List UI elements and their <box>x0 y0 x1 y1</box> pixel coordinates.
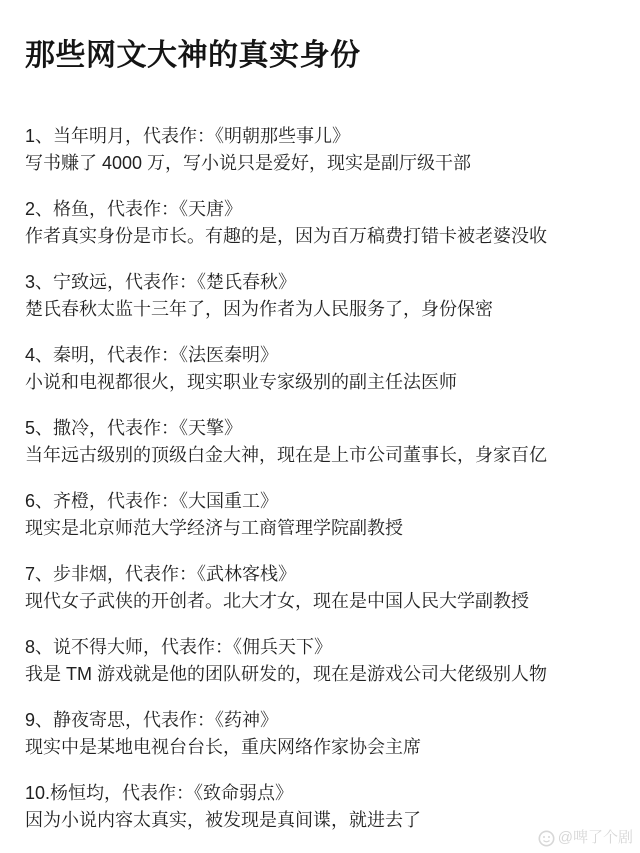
list-item: 1、当年明月，代表作：《明朝那些事儿》写书赚了 4000 万，写小说只是爱好，现… <box>25 123 618 177</box>
watermark: @啤了个剧 <box>538 829 633 847</box>
item-heading: 7、步非烟，代表作：《武林客栈》 <box>25 561 618 588</box>
item-description: 写书赚了 4000 万，写小说只是爱好，现实是副厅级干部 <box>25 150 618 177</box>
item-heading: 8、说不得大师，代表作：《佣兵天下》 <box>25 634 618 661</box>
list-item: 4、秦明，代表作：《法医秦明》小说和电视都很火，现实职业专家级别的副主任法医师 <box>25 342 618 396</box>
item-description: 我是 TM 游戏就是他的团队研发的，现在是游戏公司大佬级别人物 <box>25 661 618 688</box>
item-description: 因为小说内容太真实，被发现是真间谍，就进去了 <box>25 807 618 834</box>
post-image: 那些网文大神的真实身份 1、当年明月，代表作：《明朝那些事儿》写书赚了 4000… <box>0 0 640 853</box>
item-heading: 9、静夜寄思，代表作：《药神》 <box>25 707 618 734</box>
list-item: 2、格鱼，代表作：《天唐》作者真实身份是市长。有趣的是，因为百万稿费打错卡被老婆… <box>25 196 618 250</box>
item-heading: 1、当年明月，代表作：《明朝那些事儿》 <box>25 123 618 150</box>
item-description: 现实中是某地电视台台长，重庆网络作家协会主席 <box>25 734 618 761</box>
item-heading: 6、齐橙，代表作：《大国重工》 <box>25 488 618 515</box>
item-heading: 10.杨恒均，代表作：《致命弱点》 <box>25 780 618 807</box>
item-description: 小说和电视都很火，现实职业专家级别的副主任法医师 <box>25 369 618 396</box>
author-list: 1、当年明月，代表作：《明朝那些事儿》写书赚了 4000 万，写小说只是爱好，现… <box>25 123 618 834</box>
page-title: 那些网文大神的真实身份 <box>25 40 618 72</box>
item-heading: 4、秦明，代表作：《法医秦明》 <box>25 342 618 369</box>
item-heading: 3、宁致远，代表作：《楚氏春秋》 <box>25 269 618 296</box>
item-heading: 5、撒冷，代表作：《天擎》 <box>25 415 618 442</box>
list-item: 7、步非烟，代表作：《武林客栈》现代女子武侠的开创者。北大才女，现在是中国人民大… <box>25 561 618 615</box>
item-description: 楚氏春秋太监十三年了，因为作者为人民服务了，身份保密 <box>25 296 618 323</box>
list-item: 5、撒冷，代表作：《天擎》当年远古级别的顶级白金大神，现在是上市公司董事长，身家… <box>25 415 618 469</box>
item-heading: 2、格鱼，代表作：《天唐》 <box>25 196 618 223</box>
item-description: 现实是北京师范大学经济与工商管理学院副教授 <box>25 515 618 542</box>
item-description: 作者真实身份是市长。有趣的是，因为百万稿费打错卡被老婆没收 <box>25 223 618 250</box>
list-item: 6、齐橙，代表作：《大国重工》现实是北京师范大学经济与工商管理学院副教授 <box>25 488 618 542</box>
item-description: 当年远古级别的顶级白金大神，现在是上市公司董事长，身家百亿 <box>25 442 618 469</box>
list-item: 3、宁致远，代表作：《楚氏春秋》楚氏春秋太监十三年了，因为作者为人民服务了，身份… <box>25 269 618 323</box>
list-item: 8、说不得大师，代表作：《佣兵天下》我是 TM 游戏就是他的团队研发的，现在是游… <box>25 634 618 688</box>
watermark-text: @啤了个剧 <box>558 829 633 847</box>
item-description: 现代女子武侠的开创者。北大才女，现在是中国人民大学副教授 <box>25 588 618 615</box>
list-item: 9、静夜寄思，代表作：《药神》现实中是某地电视台台长，重庆网络作家协会主席 <box>25 707 618 761</box>
round-logo-icon <box>538 830 555 847</box>
list-item: 10.杨恒均，代表作：《致命弱点》因为小说内容太真实，被发现是真间谍，就进去了 <box>25 780 618 834</box>
